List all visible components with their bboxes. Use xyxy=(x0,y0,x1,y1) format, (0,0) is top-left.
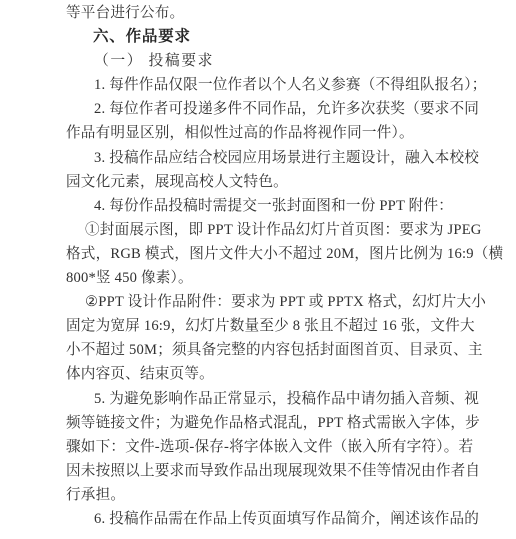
paragraph-line: 园文化元素，展现高校人文特色。 xyxy=(66,170,458,194)
paragraph-line: 骤如下：文件-选项-保存-将字体嵌入文件（嵌入所有字符）。若 xyxy=(66,435,458,459)
section-heading: 六、作品要求 xyxy=(66,25,458,49)
document-text-block: 等平台进行公布。六、作品要求（一） 投稿要求1. 每件作品仅限一位作者以个人名义… xyxy=(66,1,458,531)
paragraph-line: 800*竖 450 像素）。 xyxy=(66,266,458,290)
paragraph-line: 等平台进行公布。 xyxy=(66,1,458,25)
paragraph-line: 5. 为避免影响作品正常显示，投稿作品中请勿插入音频、视 xyxy=(66,387,458,411)
paragraph-line: ②PPT 设计作品附件：要求为 PPT 或 PPTX 格式，幻灯片大小 xyxy=(66,290,458,314)
paragraph-line: 格式，RGB 模式，图片文件大小不超过 20M，图片比例为 16:9（横 xyxy=(66,242,458,266)
paragraph-line: 小不超过 50M；须具备完整的内容包括封面图首页、目录页、主 xyxy=(66,338,458,362)
paragraph-line: 1. 每件作品仅限一位作者以个人名义参赛（不得组队报名）； xyxy=(66,73,458,97)
paragraph-line: 6. 投稿作品需在作品上传页面填写作品简介，阐述该作品的 xyxy=(66,507,458,531)
document-page: 等平台进行公布。六、作品要求（一） 投稿要求1. 每件作品仅限一位作者以个人名义… xyxy=(0,0,516,539)
paragraph-line: 作品有明显区别，相似性过高的作品将视作同一件）。 xyxy=(66,121,458,145)
paragraph-line: ①封面展示图，即 PPT 设计作品幻灯片首页图：要求为 JPEG xyxy=(66,218,458,242)
paragraph-line: 4. 每份作品投稿时需提交一张封面图和一份 PPT 附件： xyxy=(66,194,458,218)
paragraph-line: 行承担。 xyxy=(66,483,458,507)
subsection-heading: （一） 投稿要求 xyxy=(66,49,458,73)
paragraph-line: 频等链接文件；为避免作品格式混乱，PPT 格式需嵌入字体，步 xyxy=(66,411,458,435)
paragraph-line: 体内容页、结束页等。 xyxy=(66,362,458,386)
paragraph-line: 固定为宽屏 16:9，幻灯片数量至少 8 张且不超过 16 张，文件大 xyxy=(66,314,458,338)
paragraph-line: 3. 投稿作品应结合校园应用场景进行主题设计，融入本校校 xyxy=(66,146,458,170)
paragraph-line: 因未按照以上要求而导致作品出现展现效果不佳等情况由作者自 xyxy=(66,459,458,483)
paragraph-line: 2. 每位作者可投递多件不同作品，允许多次获奖（要求不同 xyxy=(66,97,458,121)
